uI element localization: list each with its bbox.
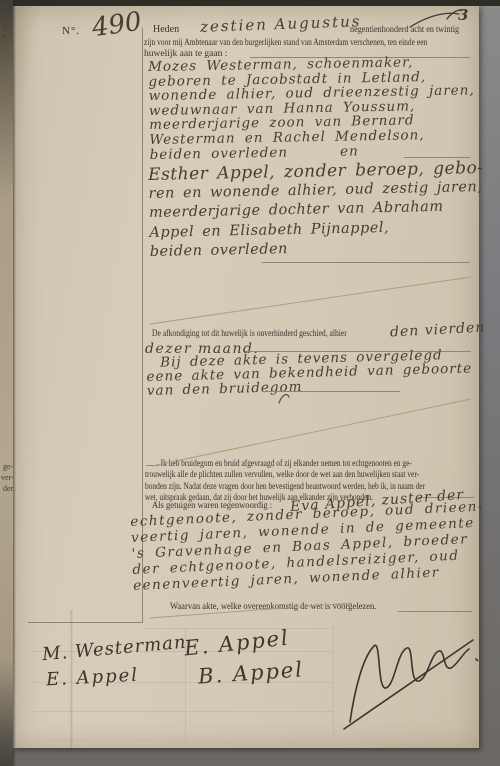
announcement-printed: De afkondiging tot dit huwelijk is onver… xyxy=(152,329,347,339)
photo-top-edge xyxy=(0,0,500,6)
act-number-label: N°. xyxy=(62,25,80,37)
intro-heden: Heden xyxy=(153,24,179,35)
groom-overleden: beiden overleden xyxy=(150,144,289,162)
declaration-line: Ik heb bruidegom en bruid afgevraagd of … xyxy=(145,459,425,470)
binding-shadow xyxy=(13,0,16,766)
witnesses-entry: echtgenoote, zonder beroep, oud drieen- … xyxy=(130,499,481,594)
groom-conjunction: en xyxy=(340,143,359,159)
intro-year: negentienhonderd acht en twintig xyxy=(350,25,459,35)
closing-statement: Waarvan akte, welke overeenkomstig de we… xyxy=(170,602,376,612)
bride-entry: Esther Appel, zonder beroep, gebo- ren e… xyxy=(148,159,480,262)
margin-fragment: n xyxy=(2,32,6,41)
margin-fragment: der xyxy=(3,484,13,493)
paper-crease xyxy=(70,610,73,748)
bride-fill-rule xyxy=(262,262,470,263)
scanned-marriage-record: 3 N°. 490 Heden zestien Augustus negenti… xyxy=(0,0,500,766)
folio-number: 3 xyxy=(458,6,468,24)
signature-grid-line xyxy=(145,628,333,629)
intro-line2: zijn voor mij Ambtenaar van den burgerli… xyxy=(144,38,427,48)
margin-fragment: g xyxy=(3,22,7,31)
deed-fill-rule xyxy=(262,391,400,392)
declaration-line: trouwelijk alle de plichten zullen vervu… xyxy=(145,470,425,481)
signature-grid-column xyxy=(333,622,334,746)
groom-entry: Mozes Westerman, schoenmaker, geboren te… xyxy=(148,54,480,162)
margin-bottom-rule xyxy=(28,622,142,623)
book-binding-edge xyxy=(0,0,13,766)
signature-grid-line xyxy=(30,740,333,741)
margin-fragment: ver- xyxy=(1,473,14,482)
closing-fill-rule xyxy=(398,611,472,612)
margin-fragment: ge- xyxy=(3,462,13,471)
signature-grid-line xyxy=(30,711,333,712)
